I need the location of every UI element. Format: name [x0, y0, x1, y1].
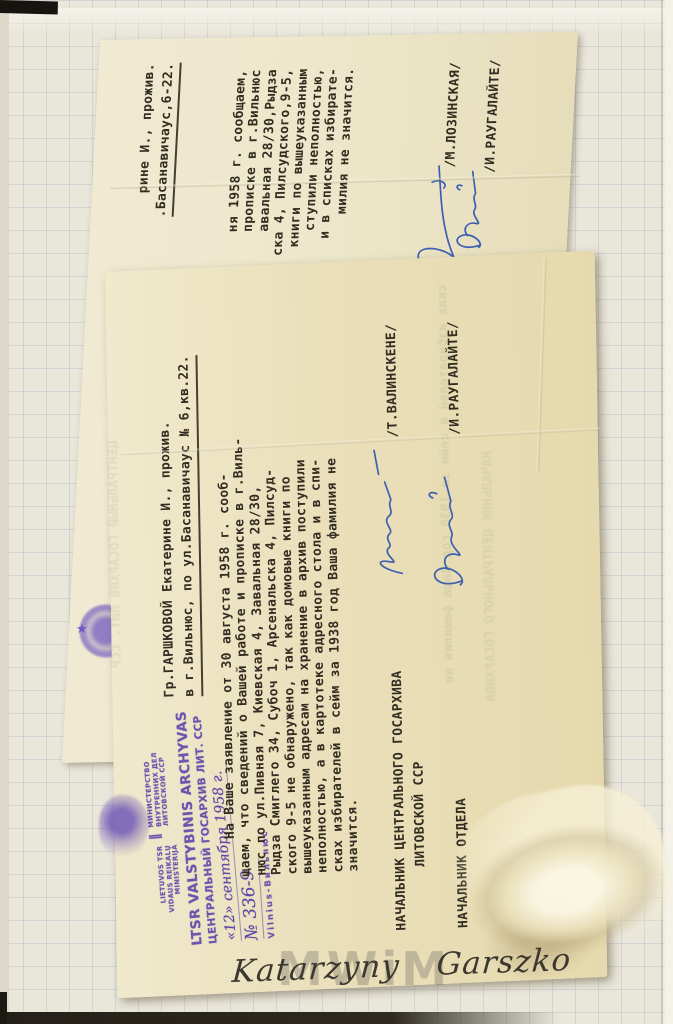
album-page-left-edge: [0, 0, 9, 1024]
back-signature-name-2: /И.РАУГАЛАЙТЕ/: [483, 59, 504, 173]
bleedthrough-text: ЦЕНТРАЛЬНЫЙ ГОСАРХИВ ЛИТ. ССР: [106, 440, 125, 668]
bleedthrough-text: НАЧАЛЬНИК ЦЕНТРАЛЬНОГО ГОСАРХИВА: [480, 451, 499, 702]
front-document-addressee: Гр.ГАРШКОВОЙ Екатерине И., прожив. в г.В…: [154, 355, 203, 698]
album-page-bottom-shadow: [0, 1012, 560, 1024]
seal-star-icon: ★: [76, 622, 88, 637]
album-page-bottom-left-shadow: [0, 992, 7, 1024]
album-page-top-edge: [0, 8, 673, 34]
ink-signature-raugalaite-back: [446, 160, 491, 256]
back-document-addressee: рине И., прожив. .Басанавичаус,6-22.: [133, 63, 182, 218]
photo-corner-mark: [0, 0, 58, 15]
album-page: рине И., прожив. .Басанавичаус,6-22. ня …: [0, 0, 673, 1024]
signature-name-1: /Т.ВАЛИНСКЕНЕ/: [384, 323, 401, 437]
signature-title-1b: ЛИТОВСКОЙ ССР: [411, 761, 428, 867]
addressee-line: в г.Вильнюс, по ул.Басанавичаус № 6,кв.2…: [174, 355, 203, 697]
signature-title-1: НАЧАЛЬНИК ЦЕНТРАЛЬНОГО ГОСАРХИВА: [390, 670, 410, 931]
stamp-ministry-lt: LIETUVOS TSR VIDAUS REIKALŲ MINISTERIJA: [157, 844, 187, 949]
back-signature-name-1: /М.ЛОЗИНСКАЯ/: [443, 62, 464, 168]
back-document-body: ня 1958 г. сообщаем, прописке в г.Вильню…: [224, 68, 357, 257]
ink-signature-valinskiene: [360, 440, 417, 587]
front-document-body: На Ваше заявление от 30 августа 1958 г. …: [213, 271, 362, 877]
stamp-divider: ‖: [152, 833, 160, 841]
